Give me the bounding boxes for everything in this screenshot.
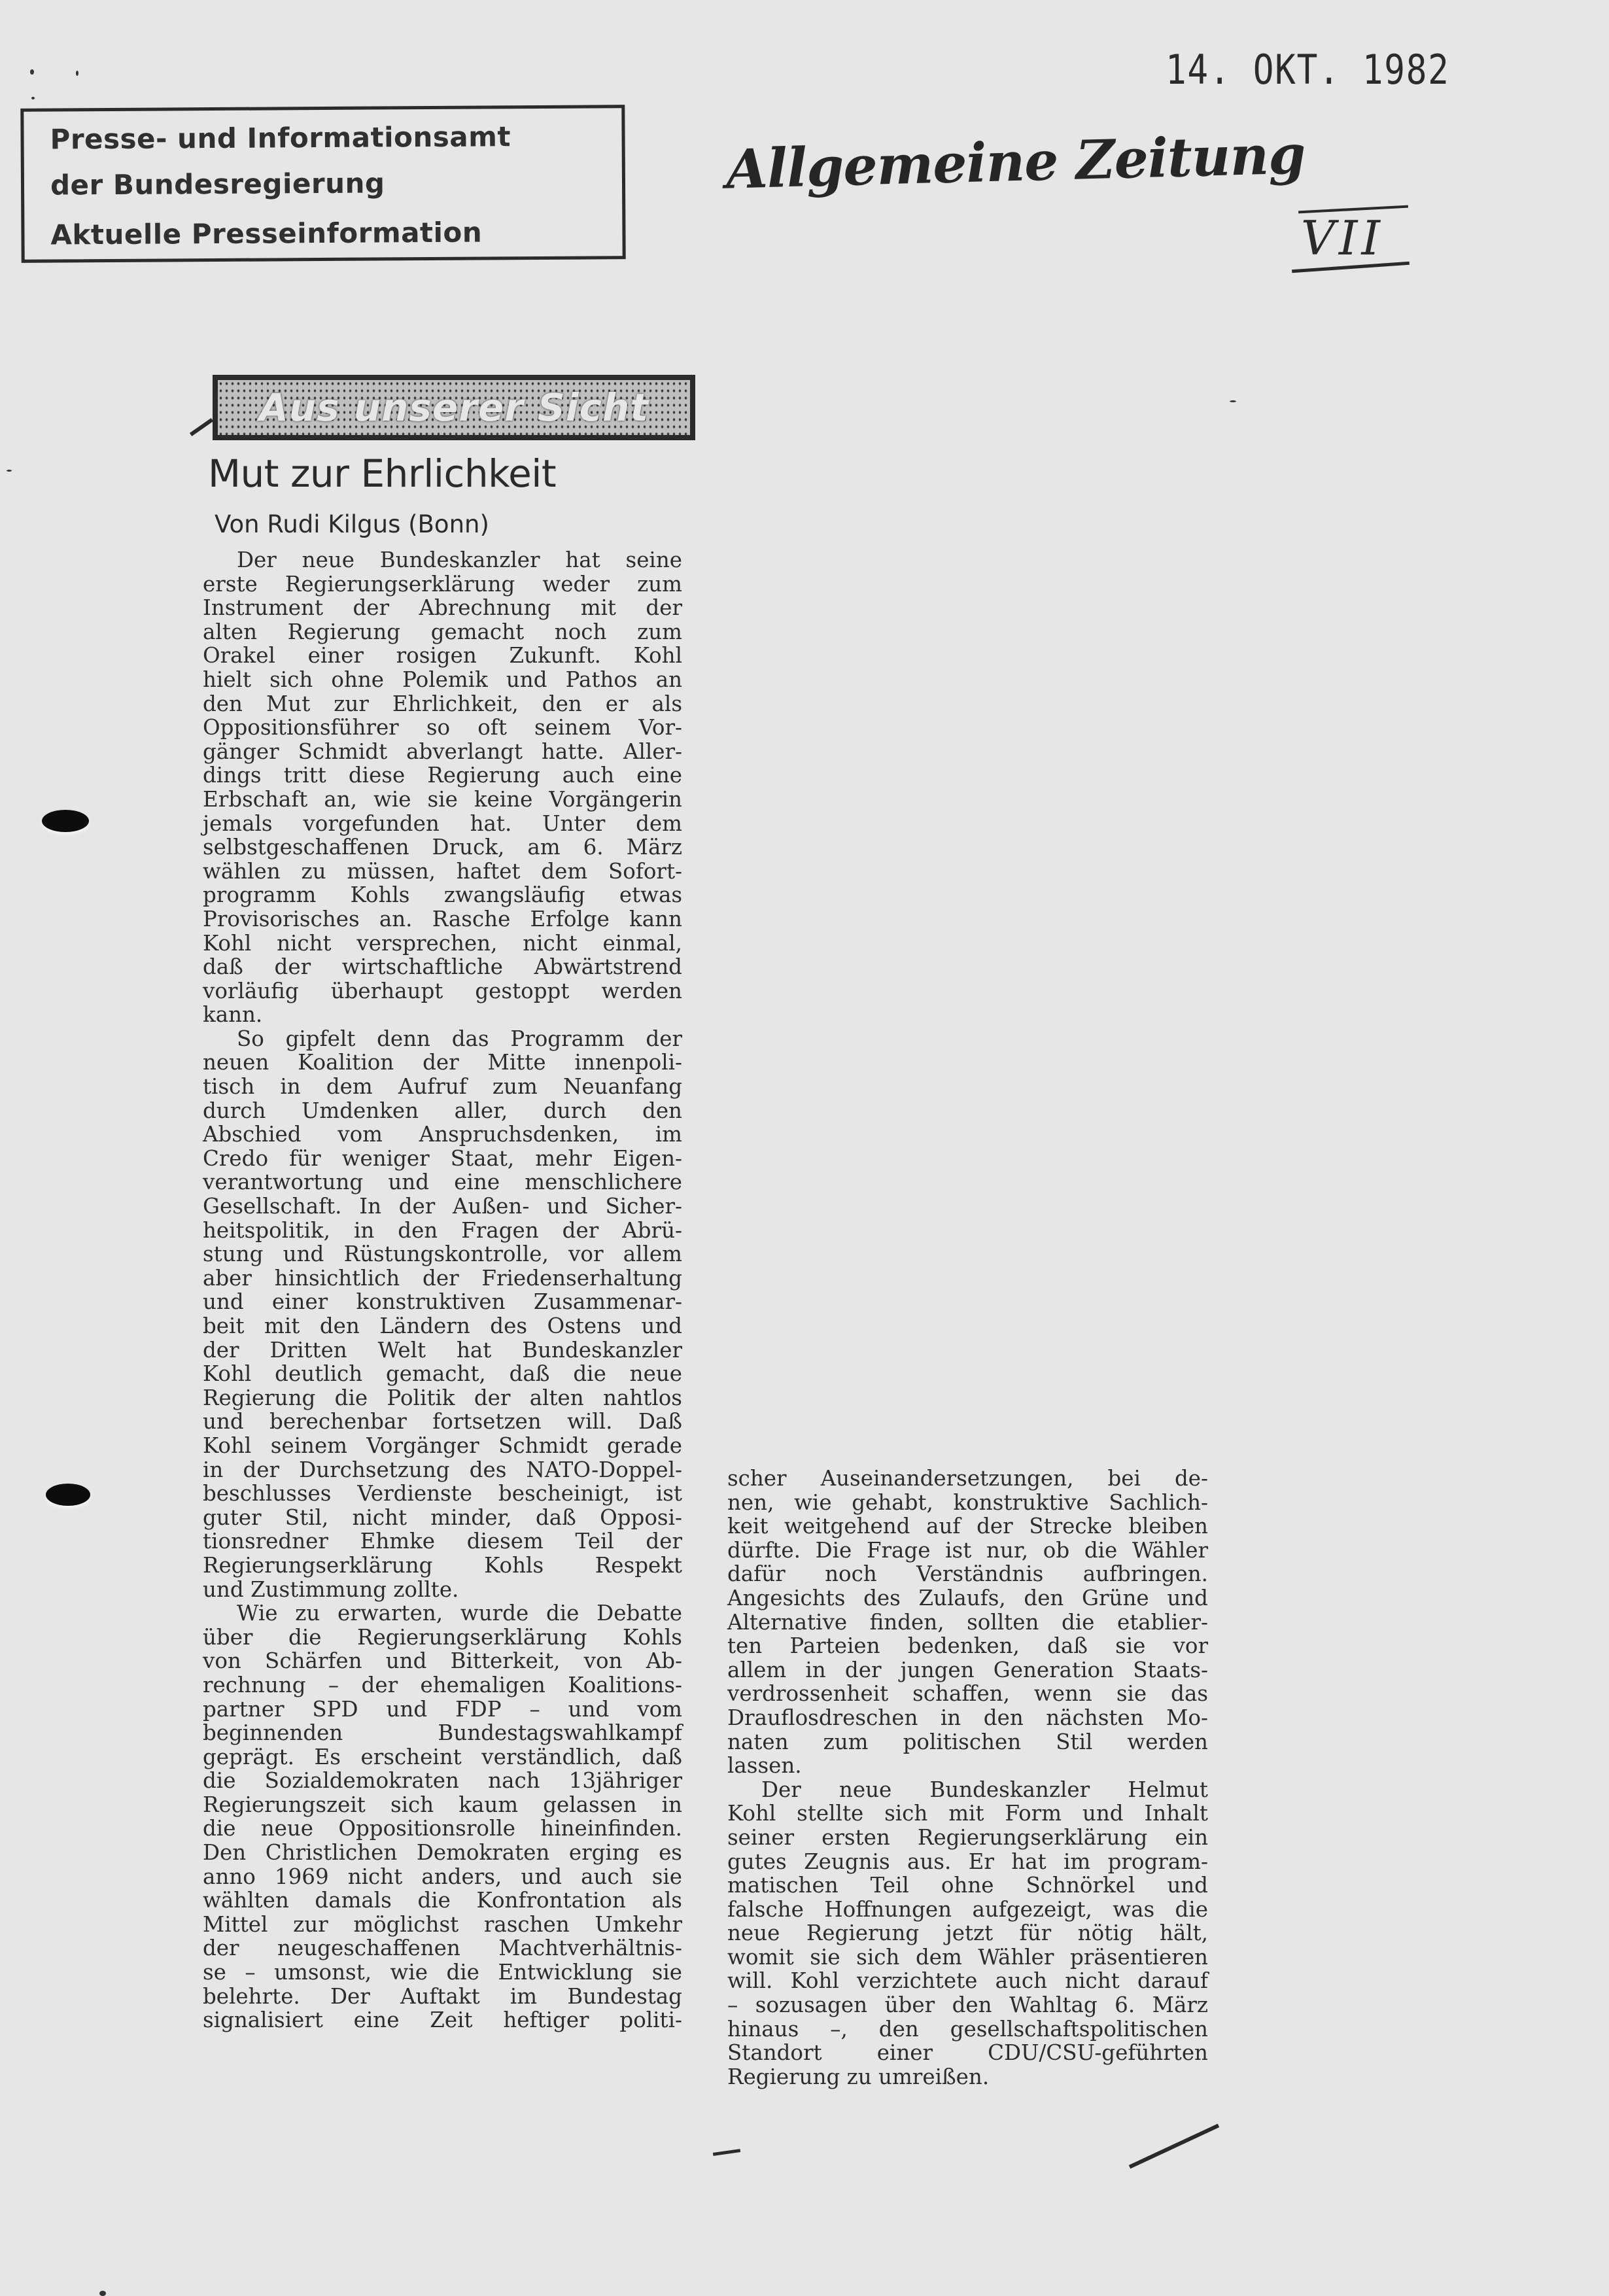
text-line: nen, wie gehabt, konstruktive Sachlich- (727, 1491, 1208, 1515)
text-line: Oppositionsführer so oft seinem Vor- (203, 716, 682, 740)
text-line: von Schärfen und Bitterkeit, von Ab- (203, 1649, 682, 1673)
text-line: Abschied vom Anspruchsdenken, im (203, 1122, 682, 1147)
text-line: heitspolitik, in den Fragen der Abrü- (203, 1219, 682, 1243)
text-line: dings tritt diese Regierung auch eine (203, 763, 682, 788)
page-mark-text: VII (1301, 211, 1384, 266)
text-line: die neue Oppositionsrolle hineinfinden. (203, 1817, 682, 1841)
text-line: Instrument der Abrechnung mit der (203, 596, 682, 620)
text-line: durch Umdenken aller, durch den (203, 1099, 682, 1123)
speck (1230, 400, 1236, 402)
article-column-1: Der neue Bundeskanzler hat seineerste Re… (203, 548, 682, 2032)
text-line: partner SPD und FDP – und vom (203, 1697, 682, 1722)
text-line: der neugeschaffenen Machtverhältnis- (203, 1936, 682, 1960)
text-line: alten Regierung gemacht noch zum (203, 620, 682, 644)
article-column-2: scher Auseinandersetzungen, bei de-nen, … (727, 1467, 1208, 2089)
text-line: Provisorisches an. Rasche Erfolge kann (203, 907, 682, 931)
speck (99, 2291, 106, 2296)
text-line: der Dritten Welt hat Bundeskanzler (203, 1338, 682, 1363)
text-line: Der neue Bundeskanzler hat seine (203, 548, 682, 572)
text-line: selbstgeschaffenen Druck, am 6. März (203, 835, 682, 860)
text-line: neuen Koalition der Mitte innenpoli- (203, 1051, 682, 1075)
text-line: Alternative finden, sollten die etablier… (727, 1610, 1208, 1635)
text-line: keit weitgehend auf der Strecke bleiben (727, 1514, 1208, 1539)
text-line: Der neue Bundeskanzler Helmut (727, 1778, 1208, 1802)
text-line: aber hinsichtlich der Friedenserhaltung (203, 1266, 682, 1291)
text-line: gutes Zeugnis aus. Er hat im program- (727, 1850, 1208, 1874)
text-line: tionsredner Ehmke diesem Teil der (203, 1529, 682, 1554)
end-mark-left (713, 2149, 740, 2156)
rubric-tick-mark (190, 418, 213, 436)
speck (7, 470, 12, 472)
text-line: über die Regierungserklärung Kohls (203, 1626, 682, 1650)
rubric-label: Aus unserer Sicht (259, 385, 649, 430)
text-line: Drauflosdreschen in den nächsten Mo- (727, 1706, 1208, 1730)
text-line: Regierungserklärung Kohls Respekt (203, 1554, 682, 1578)
text-line: Standort einer CDU/CSU-geführten (727, 2041, 1208, 2065)
text-line: womit sie sich dem Wähler präsentieren (727, 1945, 1208, 1970)
text-line: allem in der jungen Generation Staats- (727, 1658, 1208, 1682)
text-line: Kohl nicht versprechen, nicht einmal, (203, 931, 682, 956)
text-line: matischen Teil ohne Schnörkel und (727, 1873, 1208, 1898)
text-line: belehrte. Der Auftakt im Bundestag (203, 1985, 682, 2009)
punch-hole-bottom (46, 1484, 90, 1506)
text-line: beschlusses Verdienste bescheinigt, ist (203, 1482, 682, 1506)
text-line: ten Parteien bedenken, daß sie vor (727, 1634, 1208, 1658)
text-line: Wie zu erwarten, wurde die Debatte (203, 1601, 682, 1626)
text-line: Kohl stellte sich mit Form und Inhalt (727, 1801, 1208, 1826)
text-line: Credo für weniger Staat, mehr Eigen- (203, 1147, 682, 1171)
text-line: hinaus –, den gesellschaftspolitischen (727, 2017, 1208, 2042)
punch-hole-top (42, 810, 89, 832)
text-line: und Zustimmung zollte. (203, 1578, 682, 1602)
text-line: tisch in dem Aufruf zum Neuanfang (203, 1075, 682, 1099)
press-office-stamp: Presse- und Informationsamt der Bundesre… (20, 105, 625, 263)
text-line: Regierungszeit sich kaum gelassen in (203, 1793, 682, 1817)
text-line: dafür noch Verständnis aufbringen. (727, 1562, 1208, 1586)
text-line: daß der wirtschaftliche Abwärtstrend (203, 955, 682, 979)
text-line: den Mut zur Ehrlichkeit, den er als (203, 692, 682, 716)
text-line: lassen. (727, 1754, 1208, 1778)
text-line: Mittel zur möglichst raschen Umkehr (203, 1913, 682, 1937)
text-line: beit mit den Ländern des Ostens und (203, 1314, 682, 1338)
text-line: rechnung – der ehemaligen Koalitions- (203, 1673, 682, 1697)
text-line: anno 1969 nicht anders, und auch sie (203, 1865, 682, 1889)
text-line: Erbschaft an, wie sie keine Vorgängerin (203, 788, 682, 812)
text-line: in der Durchsetzung des NATO-Doppel- (203, 1458, 682, 1482)
newspaper-name: Allgemeine Zeitung (725, 123, 1306, 201)
text-line: Angesichts des Zulaufs, den Grüne und (727, 1586, 1208, 1610)
stamp-line-3: Aktuelle Presseinformation (50, 217, 482, 251)
text-line: geprägt. Es erscheint verständlich, daß (203, 1745, 682, 1769)
stamp-line-2: der Bundesregierung (50, 167, 385, 201)
text-line: erste Regierungserklärung weder zum (203, 572, 682, 597)
text-line: se – umsonst, wie die Entwicklung sie (203, 1960, 682, 1985)
text-line: Orakel einer rosigen Zukunft. Kohl (203, 644, 682, 668)
text-line: wählten damals die Konfrontation als (203, 1888, 682, 1913)
speck (31, 97, 35, 99)
text-line: stung und Rüstungskontrolle, vor allem (203, 1242, 682, 1266)
text-line: Kohl deutlich gemacht, daß die neue (203, 1362, 682, 1386)
text-line: will. Kohl verzichtete auch nicht darauf (727, 1969, 1208, 1993)
speck (76, 71, 78, 76)
rubric-banner: Aus unserer Sicht (213, 375, 695, 440)
text-line: Gesellschaft. In der Außen- und Sicher- (203, 1194, 682, 1219)
text-line: Regierung die Politik der alten nahtlos (203, 1386, 682, 1410)
text-line: programm Kohls zwangsläufig etwas (203, 883, 682, 907)
text-line: dürfte. Die Frage ist nur, ob die Wähler (727, 1539, 1208, 1563)
text-line: Regierung zu umreißen. (727, 2065, 1208, 2089)
handwritten-page-mark: VII (1292, 208, 1423, 270)
date-stamp: 14. OKT. 1982 (1166, 46, 1450, 94)
text-line: beginnenden Bundestagswahlkampf (203, 1721, 682, 1745)
text-line: kann. (203, 1003, 682, 1027)
text-line: – sozusagen über den Wahltag 6. März (727, 1993, 1208, 2017)
article-headline: Mut zur Ehrlichkeit (208, 451, 556, 496)
text-line: verdrossenheit schaffen, wenn sie das (727, 1682, 1208, 1706)
text-line: seiner ersten Regierungserklärung ein (727, 1826, 1208, 1850)
text-line: die Sozialdemokraten nach 13jähriger (203, 1769, 682, 1793)
text-line: wählen zu müssen, haftet dem Sofort- (203, 860, 682, 884)
article-byline: Von Rudi Kilgus (Bonn) (215, 510, 489, 538)
text-line: hielt sich ohne Polemik und Pathos an (203, 668, 682, 692)
speck (30, 69, 34, 75)
text-line: jemals vorgefunden hat. Unter dem (203, 812, 682, 836)
text-line: neue Regierung jetzt für nötig hält, (727, 1921, 1208, 1945)
text-line: scher Auseinandersetzungen, bei de- (727, 1467, 1208, 1491)
end-mark-right (1129, 2124, 1219, 2169)
text-line: So gipfelt denn das Programm der (203, 1027, 682, 1051)
text-line: signalisiert eine Zeit heftiger politi- (203, 2008, 682, 2032)
text-line: guter Stil, nicht minder, daß Opposi- (203, 1506, 682, 1530)
text-line: und einer konstruktiven Zusammenar- (203, 1290, 682, 1314)
text-line: und berechenbar fortsetzen will. Daß (203, 1410, 682, 1434)
text-line: Den Christlichen Demokraten erging es (203, 1841, 682, 1865)
stamp-line-1: Presse- und Informationsamt (50, 120, 511, 155)
text-line: verantwortung und eine menschlichere (203, 1170, 682, 1194)
text-line: gänger Schmidt abverlangt hatte. Aller- (203, 740, 682, 764)
text-line: vorläufig überhaupt gestoppt werden (203, 979, 682, 1003)
text-line: Kohl seinem Vorgänger Schmidt gerade (203, 1434, 682, 1458)
text-line: naten zum politischen Stil werden (727, 1730, 1208, 1754)
text-line: falsche Hoffnungen aufgezeigt, was die (727, 1898, 1208, 1922)
